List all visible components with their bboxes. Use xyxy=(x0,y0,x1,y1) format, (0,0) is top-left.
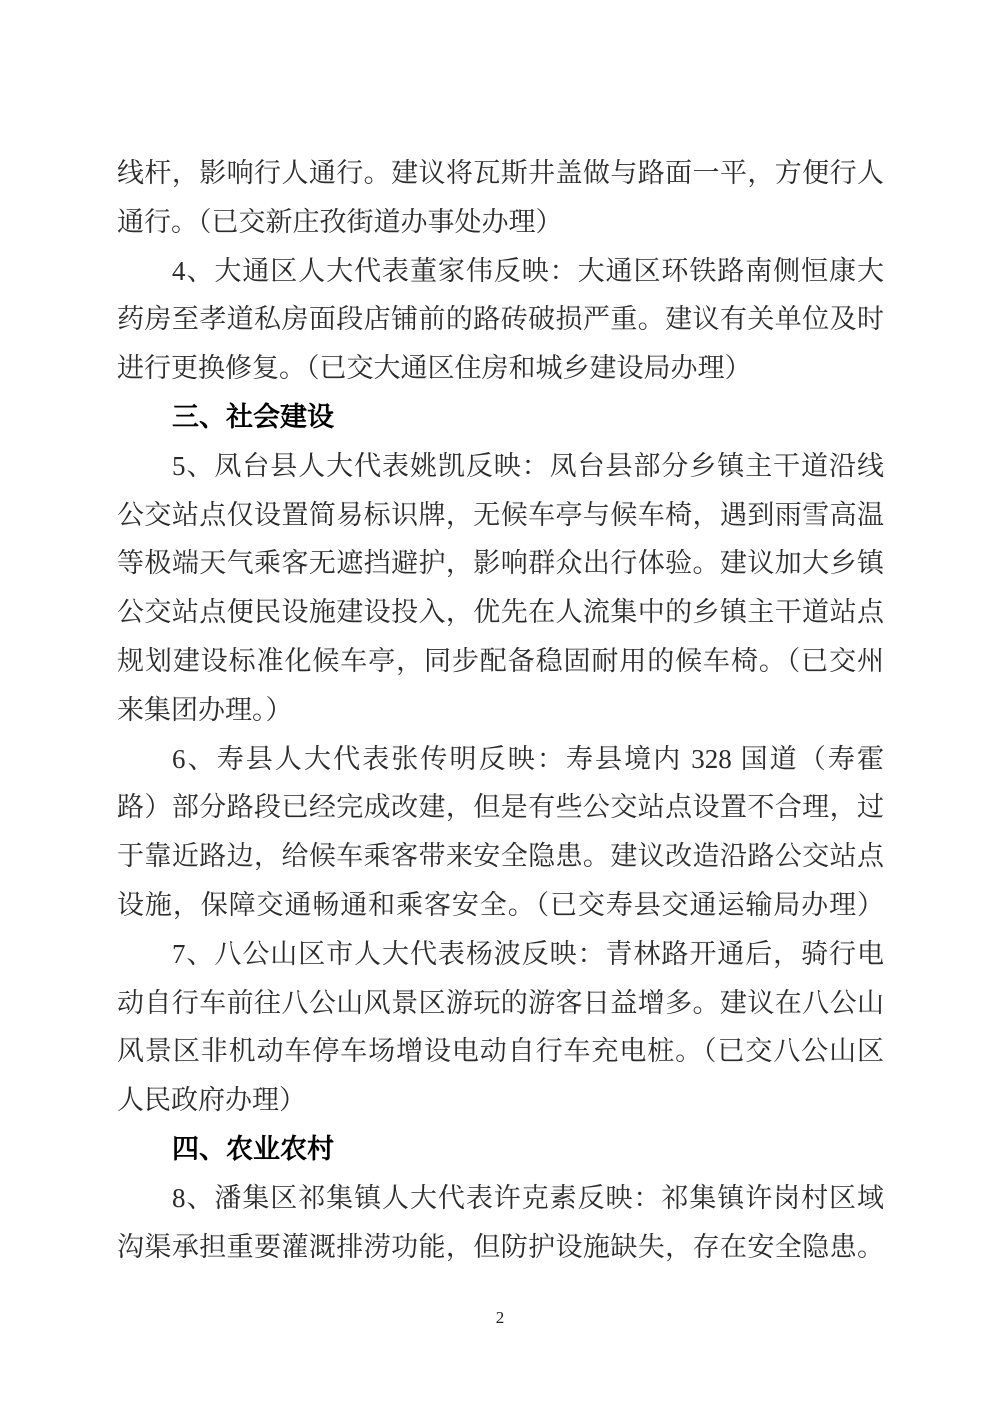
text-line: 进行更换修复。（已交大通区住房和城乡建设局办理） xyxy=(117,344,884,393)
text-line: 路）部分路段已经完成改建，但是有些公交站点设置不合理，过 xyxy=(117,783,884,832)
text-line: 沟渠承担重要灌溉排涝功能，但防护设施缺失，存在安全隐患。 xyxy=(117,1223,884,1272)
text-line: 来集团办理。） xyxy=(117,686,884,735)
document-body: 线杆，影响行人通行。建议将瓦斯井盖做与路面一平，方便行人 通行。（已交新庄孜街道… xyxy=(117,149,884,1271)
text-line: 8、潘集区祁集镇人大代表许克素反映：祁集镇许岗村区域 xyxy=(117,1174,884,1223)
text-line: 4、大通区人大代表董家伟反映：大通区环铁路南侧恒康大 xyxy=(117,247,884,296)
text-line: 线杆，影响行人通行。建议将瓦斯井盖做与路面一平，方便行人 xyxy=(117,149,884,198)
section-heading-agriculture: 四、农业农村 xyxy=(117,1125,884,1174)
text-line: 公交站点仅设置简易标识牌，无候车亭与候车椅，遇到雨雪高温 xyxy=(117,491,884,540)
text-line: 通行。（已交新庄孜街道办事处办理） xyxy=(117,198,884,247)
text-line: 公交站点便民设施建设投入，优先在人流集中的乡镇主干道站点 xyxy=(117,588,884,637)
text-line: 5、凤台县人大代表姚凯反映：凤台县部分乡镇主干道沿线 xyxy=(117,442,884,491)
text-line: 7、八公山区市人大代表杨波反映：青林路开通后，骑行电 xyxy=(117,930,884,979)
text-line: 人民政府办理） xyxy=(117,1076,884,1125)
text-line: 6、寿县人大代表张传明反映：寿县境内 328 国道（寿霍 xyxy=(117,735,884,784)
text-line: 风景区非机动车停车场增设电动自行车充电桩。（已交八公山区 xyxy=(117,1027,884,1076)
section-heading-society: 三、社会建设 xyxy=(117,393,884,442)
text-line: 设施，保障交通畅通和乘客安全。（已交寿县交通运输局办理） xyxy=(117,881,884,930)
text-line: 药房至孝道私房面段店铺前的路砖破损严重。建议有关单位及时 xyxy=(117,295,884,344)
text-line: 于靠近路边，给候车乘客带来安全隐患。建议改造沿路公交站点 xyxy=(117,832,884,881)
text-line: 规划建设标准化候车亭，同步配备稳固耐用的候车椅。（已交州 xyxy=(117,637,884,686)
text-line: 等极端天气乘客无遮挡避护，影响群众出行体验。建议加大乡镇 xyxy=(117,539,884,588)
page-number: 2 xyxy=(0,1305,1000,1331)
text-line: 动自行车前往八公山风景区游玩的游客日益增多。建议在八公山 xyxy=(117,979,884,1028)
document-page: 线杆，影响行人通行。建议将瓦斯井盖做与路面一平，方便行人 通行。（已交新庄孜街道… xyxy=(0,0,1000,1415)
